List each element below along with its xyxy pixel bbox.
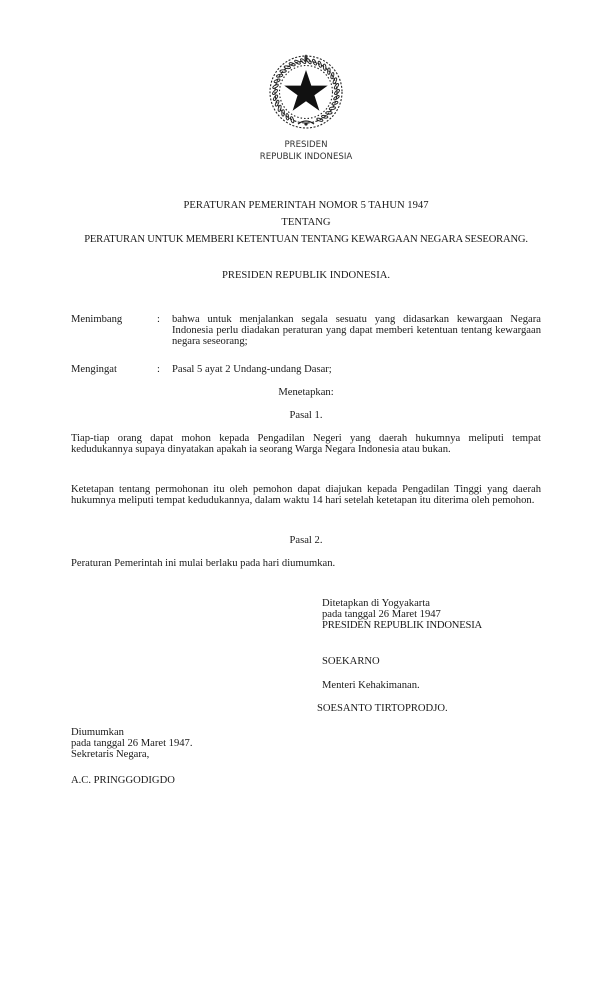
- article-paragraph: Ketetapan tentang permohonan itu oleh pe…: [71, 484, 541, 506]
- enactment-date: pada tanggal 26 Maret 1947: [322, 609, 562, 620]
- consideration-colon: :: [157, 364, 160, 375]
- minister-name: SOESANTO TIRTOPRODJO.: [317, 703, 557, 714]
- consideration-text: bahwa untuk menjalankan segala sesuatu y…: [172, 314, 541, 348]
- document-connector: TENTANG: [40, 217, 572, 228]
- article-paragraph: Peraturan Pemerintah ini mulai berlaku p…: [71, 558, 541, 569]
- promulgation-label: Diumumkan: [71, 727, 311, 738]
- decree-menetapkan: Menetapkan:: [40, 387, 572, 398]
- enactment-block: Ditetapkan di Yogyakarta pada tanggal 26…: [322, 598, 562, 632]
- consideration-label: Menimbang: [71, 314, 122, 325]
- article-title: Pasal 2.: [40, 535, 572, 546]
- enactment-place: Ditetapkan di Yogyakarta: [322, 598, 562, 609]
- promulgation-signatory: A.C. PRINGGODIGDO: [71, 775, 175, 786]
- article-title: Pasal 1.: [40, 410, 572, 421]
- promulgation-office: Sekretaris Negara,: [71, 749, 311, 760]
- star-wreath-emblem-icon: [266, 52, 346, 132]
- consideration-colon: :: [157, 314, 160, 325]
- document-subject: PERATURAN UNTUK MEMBERI KETENTUAN TENTAN…: [40, 234, 572, 245]
- enactment-signatory: SOEKARNO: [322, 656, 562, 667]
- consideration-text: Pasal 5 ayat 2 Undang-undang Dasar;: [172, 364, 541, 375]
- letterhead-line-republic: REPUBLIK INDONESIA: [206, 152, 406, 164]
- consideration-label: Mengingat: [71, 364, 117, 375]
- document-issuer: PRESIDEN REPUBLIK INDONESIA.: [40, 270, 572, 281]
- enactment-office: PRESIDEN REPUBLIK INDONESIA: [322, 620, 562, 631]
- letterhead-line-president: PRESIDEN: [206, 140, 406, 152]
- promulgation-block: Diumumkan pada tanggal 26 Maret 1947. Se…: [71, 727, 311, 761]
- letterhead: PRESIDEN REPUBLIK INDONESIA: [206, 140, 406, 163]
- article-paragraph: Tiap-tiap orang dapat mohon kepada Penga…: [71, 433, 541, 455]
- promulgation-date: pada tanggal 26 Maret 1947.: [71, 738, 311, 749]
- document-title: PERATURAN PEMERINTAH NOMOR 5 TAHUN 1947: [40, 200, 572, 211]
- minister-title: Menteri Kehakimanan.: [322, 680, 562, 691]
